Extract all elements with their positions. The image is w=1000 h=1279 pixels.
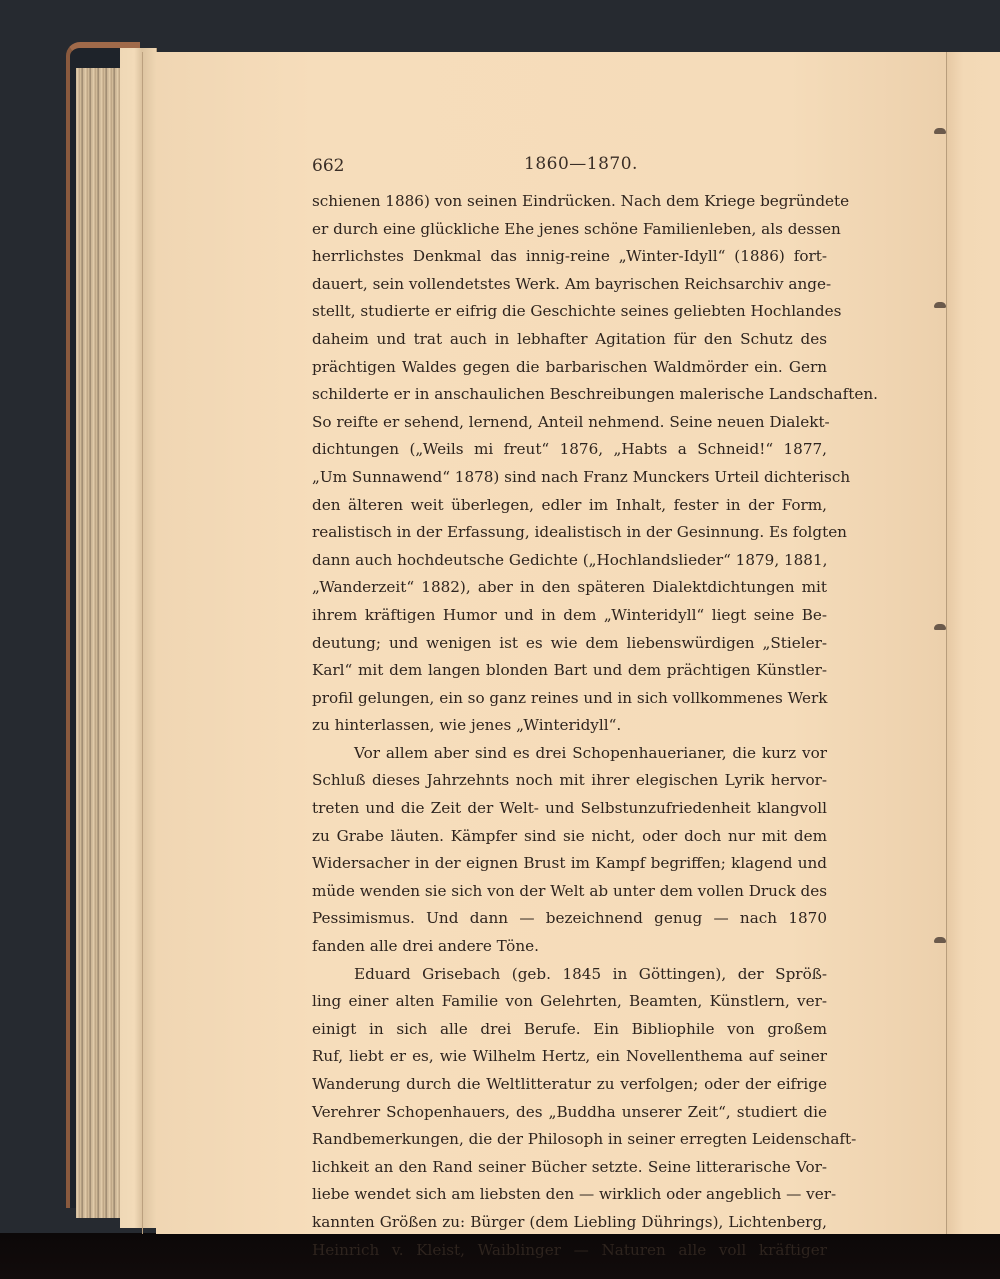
page-edge-line xyxy=(142,52,143,1234)
text-line: Schluß dieses Jahrzehnts noch mit ihrer … xyxy=(312,767,827,795)
text-line: Pessimismus. Und dann — bezeichnend genu… xyxy=(312,905,827,933)
text-line: schienen 1886) von seinen Eindrücken. Na… xyxy=(312,188,827,216)
text-line: prächtigen Waldes gegen die barbarischen… xyxy=(312,354,827,382)
binding-stitch-mark xyxy=(934,937,946,943)
text-line: müde wenden sie sich von der Welt ab unt… xyxy=(312,878,827,906)
body-text: schienen 1886) von seinen Eindrücken. Na… xyxy=(312,188,827,1264)
text-line: So reifte er sehend, lernend, Anteil neh… xyxy=(312,409,827,437)
text-line: fanden alle drei andere Töne. xyxy=(312,933,827,961)
text-line: Widersacher in der eignen Brust im Kampf… xyxy=(312,850,827,878)
text-line: „Um Sunnawend“ 1878) sind nach Franz Mun… xyxy=(312,464,827,492)
binding-stitch-mark xyxy=(934,128,946,134)
text-line: ihrem kräftigen Humor und in dem „Winter… xyxy=(312,602,827,630)
text-line: Wanderung durch die Weltlitteratur zu ve… xyxy=(312,1071,827,1099)
text-line: „Wanderzeit“ 1882), aber in den späteren… xyxy=(312,574,827,602)
text-line: Eduard Grisebach (geb. 1845 in Göttingen… xyxy=(312,961,827,989)
binding-stitch-mark xyxy=(934,302,946,308)
binding-stitch-mark xyxy=(934,624,946,630)
text-line: einigt in sich alle drei Berufe. Ein Bib… xyxy=(312,1016,827,1044)
running-head: 1860—1870. xyxy=(524,154,638,174)
text-line: treten und die Zeit der Welt- und Selbst… xyxy=(312,795,827,823)
text-line: Ruf, liebt er es, wie Wilhelm Hertz, ein… xyxy=(312,1043,827,1071)
page-stack-front xyxy=(120,48,157,1228)
text-line: dann auch hochdeutsche Gedichte („Hochla… xyxy=(312,547,827,575)
text-line: Verehrer Schopenhauers, des „Buddha unse… xyxy=(312,1099,827,1127)
text-line: dauert, sein vollendetstes Werk. Am bayr… xyxy=(312,271,827,299)
text-line: zu hinterlassen, wie jenes „Winteridyll“… xyxy=(312,712,827,740)
text-line: herrlichstes Denkmal das innig-reine „Wi… xyxy=(312,243,827,271)
text-line: daheim und trat auch in lebhafter Agitat… xyxy=(312,326,827,354)
text-line: zu Grabe läuten. Kämpfer sind sie nicht,… xyxy=(312,823,827,851)
page-header: 662 1860—1870. xyxy=(312,156,827,178)
text-line: deutung; und wenigen ist es wie dem lieb… xyxy=(312,630,827,658)
text-line: liebe wendet sich am liebsten den — wirk… xyxy=(312,1181,827,1209)
facing-page-edge xyxy=(946,52,1000,1234)
text-line: er durch eine glückliche Ehe jenes schön… xyxy=(312,216,827,244)
text-line: Heinrich v. Kleist, Waiblinger — Naturen… xyxy=(312,1237,827,1265)
text-line: den älteren weit überlegen, edler im Inh… xyxy=(312,492,827,520)
text-line: Vor allem aber sind es drei Schopenhauer… xyxy=(312,740,827,768)
text-line: ling einer alten Familie von Gelehrten, … xyxy=(312,988,827,1016)
text-line: Karl“ mit dem langen blonden Bart und de… xyxy=(312,657,827,685)
page-number: 662 xyxy=(312,156,344,176)
text-line: schilderte er in anschaulichen Beschreib… xyxy=(312,381,827,409)
text-line: stellt, studierte er eifrig die Geschich… xyxy=(312,298,827,326)
text-line: Randbemerkungen, die der Philosoph in se… xyxy=(312,1126,827,1154)
text-line: profil gelungen, ein so ganz reines und … xyxy=(312,685,827,713)
text-line: realistisch in der Erfassung, idealistis… xyxy=(312,519,827,547)
text-line: kannten Größen zu: Bürger (dem Liebling … xyxy=(312,1209,827,1237)
text-line: lichkeit an den Rand seiner Bücher setzt… xyxy=(312,1154,827,1182)
text-line: dichtungen („Weils mi freut“ 1876, „Habt… xyxy=(312,436,827,464)
